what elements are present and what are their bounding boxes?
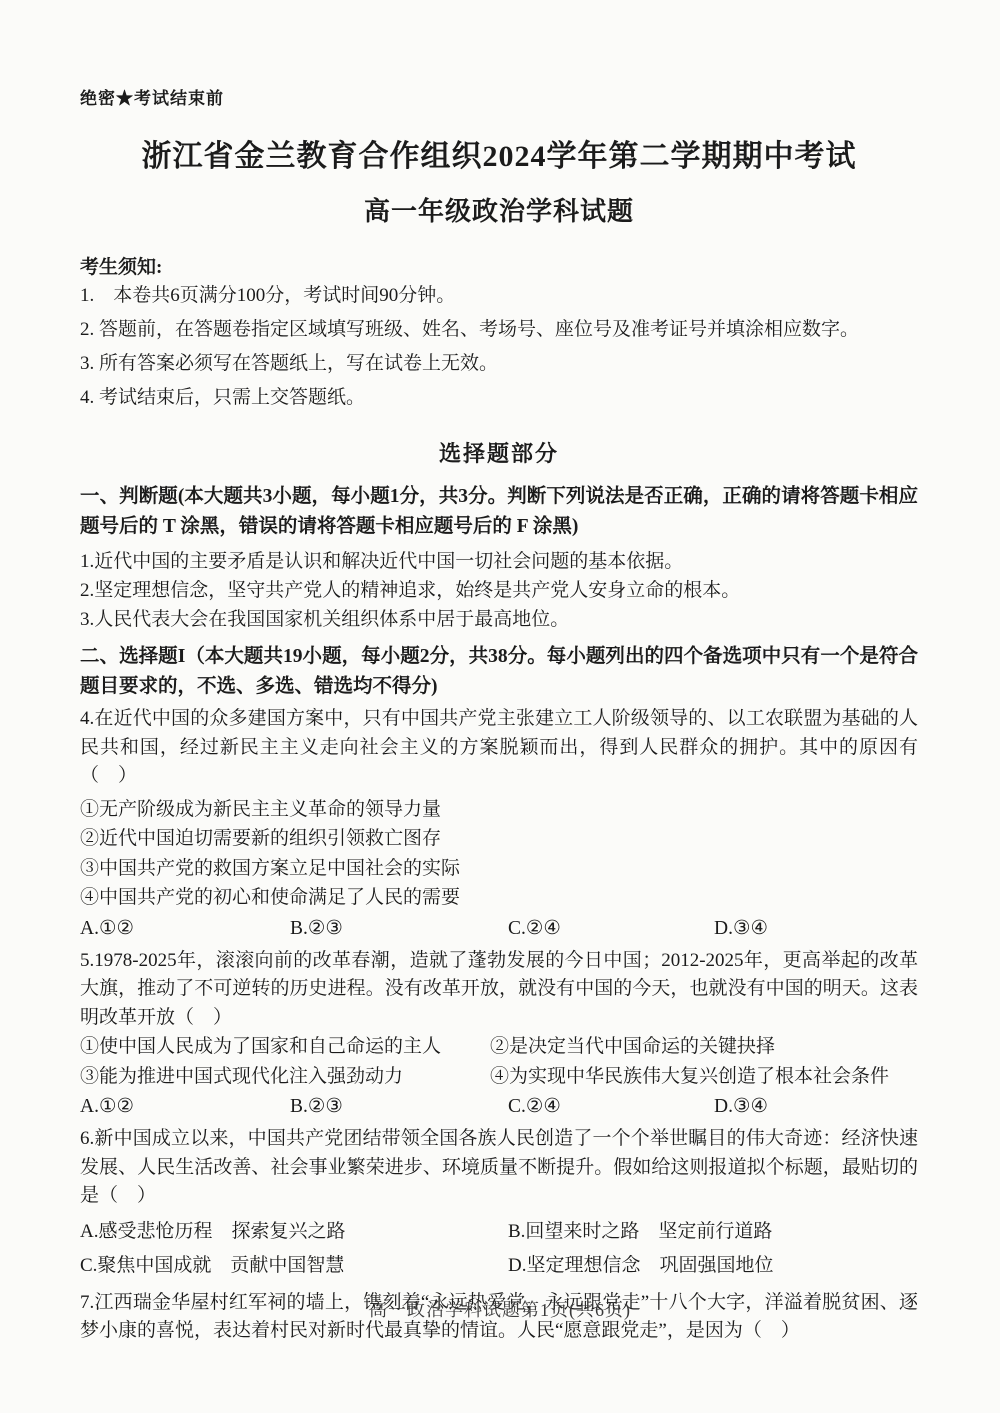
question-4-option-a: A.①② xyxy=(80,914,290,944)
question-5-option-b: B.②③ xyxy=(290,1092,508,1122)
question-5-options: A.①② B.②③ C.②④ D.③④ xyxy=(80,1092,918,1122)
question-5-statement-4: ④为实现中华民族伟大复兴创造了根本社会条件 xyxy=(490,1062,918,1092)
question-4-option-d: D.③④ xyxy=(714,914,918,944)
question-4-options: A.①② B.②③ C.②④ D.③④ xyxy=(80,914,918,944)
question-4-statement-2: ②近代中国迫切需要新的组织引领救亡图存 xyxy=(80,824,918,854)
question-5-stem: 5.1978-2025年，滚滚向前的改革春潮，造就了蓬勃发展的今日中国；2012… xyxy=(80,947,918,1033)
notice-list: 1. 本卷共6页满分100分，考试时间90分钟。 2. 答题前，在答题卷指定区域… xyxy=(80,279,918,415)
classification-label: 绝密★考试结束前 xyxy=(80,84,918,109)
notice-item-2: 2. 答题前，在答题卷指定区域填写班级、姓名、考场号、座位号及准考证号并填涂相应… xyxy=(80,313,918,347)
question-5-statement-1: ①使中国人民成为了国家和自己命运的主人 xyxy=(80,1032,490,1062)
question-4-stem: 4.在近代中国的众多建国方案中，只有中国共产党主张建立工人阶级领导的、以工农联盟… xyxy=(80,705,918,791)
question-4-statement-4: ④中国共产党的初心和使命满足了人民的需要 xyxy=(80,883,918,913)
question-4-option-b: B.②③ xyxy=(290,914,508,944)
exam-subtitle: 高一年级政治学科试题 xyxy=(80,191,918,228)
question-5-option-d: D.③④ xyxy=(714,1092,918,1122)
judgement-question-1: 1.近代中国的主要矛盾是认识和解决近代中国一切社会问题的基本依据。 xyxy=(80,547,918,576)
notice-item-1: 1. 本卷共6页满分100分，考试时间90分钟。 xyxy=(80,279,918,313)
question-5-option-c: C.②④ xyxy=(508,1092,714,1122)
question-4-statement-3: ③中国共产党的救国方案立足中国社会的实际 xyxy=(80,854,918,884)
question-6-option-b: B.回望来时之路 坚定前行道路 xyxy=(508,1215,918,1249)
exam-paper-page: 绝密★考试结束前 浙江省金兰教育合作组织2024学年第二学期期中考试 高一年级政… xyxy=(0,0,1000,1413)
question-5-statement-row-1: ①使中国人民成为了国家和自己命运的主人 ②是决定当代中国命运的关键抉择 xyxy=(80,1032,918,1062)
question-4-statement-1: ①无产阶级成为新民主主义革命的领导力量 xyxy=(80,795,918,825)
question-6-option-d: D.坚定理想信念 巩固强国地位 xyxy=(508,1249,918,1283)
exam-title: 浙江省金兰教育合作组织2024学年第二学期期中考试 xyxy=(80,131,918,175)
judgement-question-3: 3.人民代表大会在我国国家机关组织体系中居于最高地位。 xyxy=(80,605,918,634)
question-6-options-row-2: C.聚焦中国成就 贡献中国智慧 D.坚定理想信念 巩固强国地位 xyxy=(80,1249,918,1283)
question-6-stem: 6.新中国成立以来，中国共产党团结带领全国各族人民创造了一个个举世瞩目的伟大奇迹… xyxy=(80,1125,918,1211)
question-6-option-a: A.感受悲怆历程 探索复兴之路 xyxy=(80,1215,508,1249)
choice-part-heading: 选择题部分 xyxy=(80,437,918,468)
notice-item-4: 4. 考试结束后，只需上交答题纸。 xyxy=(80,381,918,415)
judgement-question-2: 2.坚定理想信念，坚守共产党人的精神追求，始终是共产党人安身立命的根本。 xyxy=(80,576,918,605)
page-footer: 高一政治学科试题第1页(共6页) xyxy=(0,1296,1000,1322)
judgement-question-list: 1.近代中国的主要矛盾是认识和解决近代中国一切社会问题的基本依据。 2.坚定理想… xyxy=(80,547,918,634)
question-5-option-a: A.①② xyxy=(80,1092,290,1122)
notice-item-3: 3. 所有答案必须写在答题纸上，写在试卷上无效。 xyxy=(80,347,918,381)
question-6-option-c: C.聚焦中国成就 贡献中国智慧 xyxy=(80,1249,508,1283)
part1-heading: 一、判断题(本大题共3小题，每小题1分，共3分。判断下列说法是否正确，正确的请将… xyxy=(80,482,918,542)
question-5-statement-2: ②是决定当代中国命运的关键抉择 xyxy=(490,1032,918,1062)
question-4-statements: ①无产阶级成为新民主主义革命的领导力量 ②近代中国迫切需要新的组织引领救亡图存 … xyxy=(80,795,918,913)
notice-heading: 考生须知: xyxy=(80,252,918,279)
part2-heading: 二、选择题I（本大题共19小题，每小题2分，共38分。每小题列出的四个备选项中只… xyxy=(80,642,918,702)
question-5-statement-3: ③能为推进中国式现代化注入强劲动力 xyxy=(80,1062,490,1092)
question-5-statement-row-2: ③能为推进中国式现代化注入强劲动力 ④为实现中华民族伟大复兴创造了根本社会条件 xyxy=(80,1062,918,1092)
question-6-options-row-1: A.感受悲怆历程 探索复兴之路 B.回望来时之路 坚定前行道路 xyxy=(80,1215,918,1249)
question-4-option-c: C.②④ xyxy=(508,914,714,944)
